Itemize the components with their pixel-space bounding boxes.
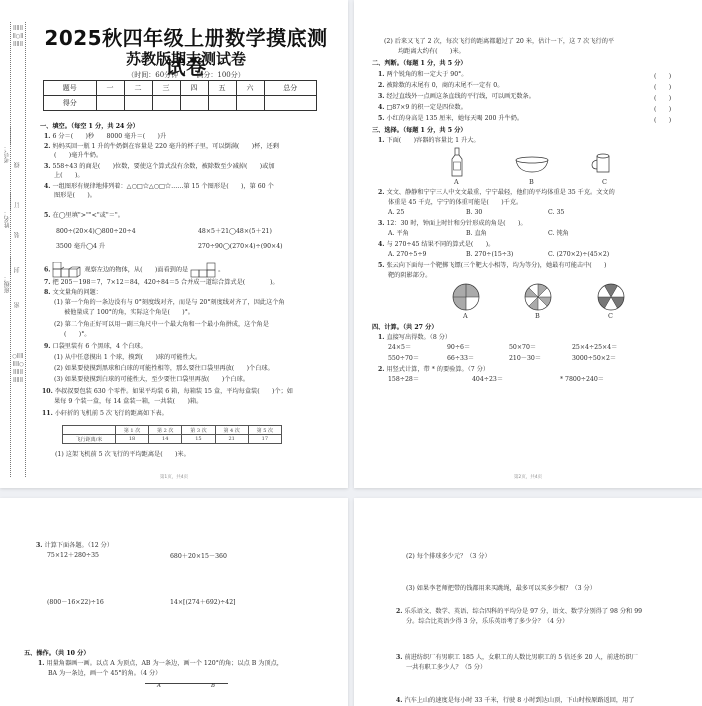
vertical-calc: 158÷28＝ xyxy=(388,376,419,385)
score-cell[interactable] xyxy=(96,96,124,111)
page-footer: 第1页，共4页 xyxy=(0,474,348,480)
judge-answer-1[interactable]: ( ) xyxy=(654,71,671,80)
score-header-cell: 题号 xyxy=(44,81,97,96)
word-problem-2-cont: 分。综合比英语少得 3 分，乐乐英语考了多少分？（4 分） xyxy=(406,618,568,627)
fill-item-8-sub: ( )°。 xyxy=(64,331,90,340)
flight-header-cell: 第 3 次 xyxy=(182,426,215,435)
word-problem-sub3: (3) 如果李老师把带的钱都用来买跳绳，最多可以买多少根？（3 分） xyxy=(406,585,596,594)
choice-item-4: 4. 与 270÷45 结果不同的算式是( )。 xyxy=(378,241,494,250)
fill-item-3: 3. 558÷43 的商是( )位数，要使这个算式没有余数，被除数至少减掉( )… xyxy=(44,163,275,172)
choice-option[interactable]: B. 270÷(15÷3) xyxy=(466,251,513,260)
choice-item-5: 5. 张云向下面每一个靶掷飞镖(三个靶大小相等，均为等分)，她最有可能击中( ) xyxy=(378,262,606,271)
choice-item-5-cont: 靶的阴影部分。 xyxy=(388,272,431,281)
target-a-icon xyxy=(452,283,480,311)
oral-calc: 66÷33＝ xyxy=(447,355,474,364)
compare-expr: 270÷90◯(270×4)÷(90×4) xyxy=(198,243,283,252)
point-b-label: B xyxy=(211,682,215,691)
exam-meta: （时间：60分钟 满分：100分） xyxy=(36,70,336,80)
calc-item-1: 1. 直接写出得数。（8 分） xyxy=(378,334,451,343)
judge-answer-4[interactable]: ( ) xyxy=(654,104,671,113)
compare-expr: 48×5＋21◯48×(5＋21) xyxy=(198,228,272,237)
flight-distance-table: 第 1 次 第 2 次 第 3 次 第 4 次 第 5 次 飞行距离/米 18 … xyxy=(62,425,282,444)
oral-calc: 90÷6＝ xyxy=(447,344,470,353)
calc-item-3: 3. 计算下面各题。（12 分） xyxy=(36,542,113,551)
option-c-label[interactable]: C xyxy=(602,178,607,186)
fill-item-8: 8. 文文量角的问题： xyxy=(44,289,102,298)
flight-cell: 15 xyxy=(182,435,215,444)
flight-header-cell: 第 1 次 xyxy=(115,426,148,435)
oral-calc: 550÷70＝ xyxy=(388,355,419,364)
fill-item-1: 1. 6 分＝( )秒 8000 毫升＝( )升 xyxy=(44,133,166,142)
score-header-cell: 四 xyxy=(180,81,208,96)
score-header-cell: 六 xyxy=(236,81,264,96)
judge-answer-2[interactable]: ( ) xyxy=(654,82,671,91)
score-row-label: 得分 xyxy=(44,96,97,111)
seal-char: 装 xyxy=(13,232,22,238)
score-cell[interactable] xyxy=(236,96,264,111)
judge-item-4: 4. □87×9 的积一定是四位数。 xyxy=(378,104,467,113)
choice-item-3: 3. 12：30 时，钟面上时针和分针形成的角是( )。 xyxy=(378,220,527,229)
flight-header-cell xyxy=(63,426,116,435)
name-field[interactable]: 姓名：______ xyxy=(3,192,12,228)
judge-answer-5[interactable]: ( ) xyxy=(654,115,671,124)
section-3-heading: 三、选择。（每题 1 分，共 5 分） xyxy=(372,127,467,136)
choice-option[interactable]: A. 25 xyxy=(388,209,404,218)
score-header-cell: 一 xyxy=(96,81,124,96)
fill-item-8-sub: (2) 第二个角正好可以用一副三角尺中一个最大角和一个最小角拼成，这个角是 xyxy=(54,321,269,330)
score-header-cell: 二 xyxy=(124,81,152,96)
exam-page-3: 3. 计算下面各题。（12 分） 75×12＋280÷35 680＋20×15－… xyxy=(0,498,348,706)
flight-cell: 17 xyxy=(248,435,281,444)
section-2-heading: 二、判断。（每题 1 分，共 5 分） xyxy=(372,60,467,69)
score-cell[interactable] xyxy=(264,96,317,111)
exam-number-field[interactable]: 考号：______ xyxy=(3,127,12,163)
option-b-label[interactable]: B xyxy=(529,178,534,186)
choice-option[interactable]: C. (270×2)÷(45×2) xyxy=(548,251,609,260)
mixed-calc: 14×[(274＋692)÷42] xyxy=(170,599,236,608)
target-b-icon xyxy=(524,283,552,311)
fill-item-4: 4. 一组图形有规律地排列着：△○□☆△○□☆……第 15 个图形是( )，第 … xyxy=(44,183,274,192)
score-header-cell: 三 xyxy=(152,81,180,96)
word-problem-4: 4. 汽车上山的速度是每小时 33 千米，行驶 8 小时到达山顶，下山时按原路返… xyxy=(396,697,635,706)
word-problem-sub2: (2) 每个排球多少元？（3 分） xyxy=(406,553,491,562)
fill-item-9: 9. 口袋里装有 6 个黑球，4 个白球。 xyxy=(44,343,147,352)
vertical-calc: 404÷23＝ xyxy=(472,376,503,385)
fill-item-10: 10. 李叔叔要包装 630 个零件。如果平均装 6 箱，每箱装 15 盒，平均… xyxy=(42,388,293,397)
choice-option[interactable]: C. 钝角 xyxy=(548,230,569,239)
fill-item-3-cont: 上( )。 xyxy=(54,172,84,181)
oral-calc: 50×70＝ xyxy=(509,344,536,353)
seal-char: 订 xyxy=(13,202,22,208)
fill-item-5: 5. 在◯里填">""<"或"＝"。 xyxy=(44,212,124,221)
choice-item-1: 1. 下面( )容器的容量比 1 升大。 xyxy=(378,137,480,146)
flight-header-cell: 第 5 次 xyxy=(248,426,281,435)
bowl-icon xyxy=(514,156,550,174)
oral-calc: 3000÷50×2＝ xyxy=(572,355,616,364)
fill-item-8-sub: 被他量成了 100°的角，实际这个角是( )°。 xyxy=(64,309,194,318)
compare-expr: 3500 毫升◯4 升 xyxy=(56,243,105,252)
choice-item-2: 2. 文文、静静和宁宁三人中文文最重，宁宁最轻，他们的平均体重是 35 千克。文… xyxy=(378,189,615,198)
oral-calc: 210－30＝ xyxy=(509,355,541,364)
seal-char: 封 xyxy=(13,267,22,273)
score-table-header: 题号 一 二 三 四 五 六 总分 xyxy=(44,81,317,96)
flight-cell: 18 xyxy=(115,435,148,444)
exam-page-2: (2) 后来又飞了 2 次，每次飞行的距离都超过了 20 米，估计一下，这 7 … xyxy=(354,0,702,488)
full-score: 满分：100分） xyxy=(196,71,244,79)
mixed-calc: 75×12＋280÷35 xyxy=(47,552,99,561)
fill-item-11: 11. 小轩折的飞机前 5 次飞行的距离如下表。 xyxy=(42,410,168,419)
choice-option[interactable]: B. 直角 xyxy=(466,230,487,239)
target-a-label[interactable]: A xyxy=(463,312,468,320)
judge-item-1: 1. 两个锐角的和一定大于 90°。 xyxy=(378,71,467,80)
fill-item-10-cont: 果每 9 个装一盒，每 14 盒装一箱，一共装( )箱。 xyxy=(54,398,202,407)
mixed-calc: (800－16×22)÷16 xyxy=(47,599,104,608)
binding-hatch-top: ⅡⅡⅡⅡ○ⅡⅡⅡⅡ xyxy=(12,24,24,48)
section-1-heading: 一、填空。（每空 1 分，共 24 分） xyxy=(40,123,139,132)
mixed-calc: 680＋20×15－360 xyxy=(170,553,227,562)
score-cell[interactable] xyxy=(152,96,180,111)
section-4-heading: 四、计算。（共 27 分） xyxy=(372,324,438,333)
calc-item-2: 2. 用竖式计算，带 * 的要验算。（7 分） xyxy=(378,366,489,375)
oral-calc: 24×5＝ xyxy=(388,344,411,353)
choice-option[interactable]: B. 30 xyxy=(466,209,482,218)
fill-item-6: 6. 观察左边的物体，从( )面看到的是 。 xyxy=(44,262,224,278)
fill-item-9-sub: (2) 如果要使摸到黑球和白球的可能性相等，那么要往口袋里再放( )个白球。 xyxy=(54,365,274,374)
target-c-label[interactable]: C xyxy=(608,312,613,320)
bottle-icon xyxy=(450,147,464,177)
score-header-cell: 总分 xyxy=(264,81,317,96)
score-table: 题号 一 二 三 四 五 六 总分 得分 xyxy=(43,80,317,111)
exam-subtitle: 苏教版期末测试卷 xyxy=(36,48,336,69)
word-problem-3-cont: 一共有职工多少人？（5 分） xyxy=(406,664,486,673)
judge-item-2: 2. 被除数的末尾有 0，商的末尾不一定有 0。 xyxy=(378,82,503,91)
cube-stack-figure xyxy=(52,262,82,278)
fill-item-7: 7. 把 205－198＝7，7×12＝84，420÷84＝5 合并成一道综合算… xyxy=(44,279,279,288)
point-a-label: A xyxy=(157,682,161,691)
compare-expr: 800÷(20×4)◯800÷20÷4 xyxy=(56,228,136,237)
seal-char: 线 xyxy=(13,162,22,168)
target-c-icon xyxy=(597,283,625,311)
target-b-label[interactable]: B xyxy=(535,312,540,320)
score-header-cell: 五 xyxy=(208,81,236,96)
section-5-heading: 五、操作。（共 10 分） xyxy=(24,650,90,659)
exam-page-1: ⅡⅡⅡⅡ○ⅡⅡⅡⅡ 考号：______ 姓名：______ 班级：______ … xyxy=(0,0,348,488)
choice-item-2-cont: 体重是 45 千克，宁宁的体重可能是( )千克。 xyxy=(388,199,522,208)
word-problem-2: 2. 乐乐语文、数学、英语、综合四科的平均分是 97 分，语文、数学分别得了 9… xyxy=(396,608,642,617)
fill-item-9-sub: (3) 如果要使摸到白球的可能性大，至少要往口袋里再放( )个白球。 xyxy=(54,376,249,385)
page-footer: 第2页，共4页 xyxy=(354,474,702,480)
class-field[interactable]: 班级：______ xyxy=(3,257,12,293)
choice-option[interactable]: C. 35 xyxy=(548,209,564,218)
binding-hatch-bottom: ○ⅡⅡⅡⅡ○ⅡⅡⅡⅡⅡⅡ xyxy=(12,352,24,384)
mug-icon xyxy=(591,152,613,174)
fill-item-11-sub2: (2) 后来又飞了 2 次，每次飞行的距离都超过了 20 米，估计一下，这 7 … xyxy=(384,38,614,47)
seal-char: 密 xyxy=(13,302,22,308)
choice-option[interactable]: A. 平角 xyxy=(388,230,409,239)
operation-item-1: 1. 用量角器画一画。以点 A 为顶点，AB 为一条边，画一个 120°的角；以… xyxy=(38,660,283,669)
flight-cell: 14 xyxy=(149,435,182,444)
oral-calc: 25×4÷25×4＝ xyxy=(572,344,617,353)
flight-table-row: 飞行距离/米 18 14 15 21 17 xyxy=(63,435,282,444)
judge-item-5: 5. 小红的身高是 135 厘米，她每天喝 200 升牛奶。 xyxy=(378,115,523,124)
fill-item-11-sub1: (1) 这架飞机前 5 次飞行的平均距离是( )米。 xyxy=(55,451,190,460)
judge-answer-3[interactable]: ( ) xyxy=(654,93,671,102)
fill-item-2-cont: ( )毫升牛奶。 xyxy=(54,152,102,161)
time-limit: （时间：60分钟 xyxy=(127,71,178,79)
vertical-calc: * 7800÷240＝ xyxy=(560,376,604,385)
word-problem-3: 3. 前进纺织厂有男职工 185 人，女职工的人数比男职工的 5 倍还多 20 … xyxy=(396,654,638,663)
flight-header-cell: 第 2 次 xyxy=(149,426,182,435)
option-a-label[interactable]: A xyxy=(454,178,459,186)
fill-item-2: 2. 妈妈买回一瓶 1 升的牛奶倒在容量是 220 毫升的杯子里，可以倒满( )… xyxy=(44,143,279,152)
fill-item-8-sub: (1) 第一个角的一条边没有与 0°刻度线对齐，而是与 20°刻度线对齐了，因此… xyxy=(54,299,285,308)
fill-item-9-sub: (1) 从中任意摸出 1 个球，摸到( )球的可能性大。 xyxy=(54,354,201,363)
operation-item-1-cont: BA 为一条边，画一个 45°的角。（4 分） xyxy=(48,670,161,679)
choice-option[interactable]: A. 270÷5÷9 xyxy=(388,251,426,260)
score-cell[interactable] xyxy=(180,96,208,111)
flight-row-label: 飞行距离/米 xyxy=(63,435,116,444)
flight-cell: 21 xyxy=(215,435,248,444)
flight-table-header: 第 1 次 第 2 次 第 3 次 第 4 次 第 5 次 xyxy=(63,426,282,435)
judge-item-3: 3. 经过直线外一点画这条直线的平行线，可以画无数条。 xyxy=(378,93,535,102)
flight-header-cell: 第 4 次 xyxy=(215,426,248,435)
score-table-row: 得分 xyxy=(44,96,317,111)
binding-margin: ⅡⅡⅡⅡ○ⅡⅡⅡⅡ 考号：______ 姓名：______ 班级：______ … xyxy=(10,22,26,477)
fill-item-11-sub2-cont: 均距离大约有( )米。 xyxy=(398,48,465,57)
score-cell[interactable] xyxy=(208,96,236,111)
score-cell[interactable] xyxy=(124,96,152,111)
fill-item-4-cont: 图形是( )。 xyxy=(54,192,96,201)
exam-page-4: (2) 每个排球多少元？（3 分） (3) 如果李老师把带的钱都用来买跳绳，最多… xyxy=(354,498,702,706)
view-grid-figure xyxy=(190,262,216,278)
